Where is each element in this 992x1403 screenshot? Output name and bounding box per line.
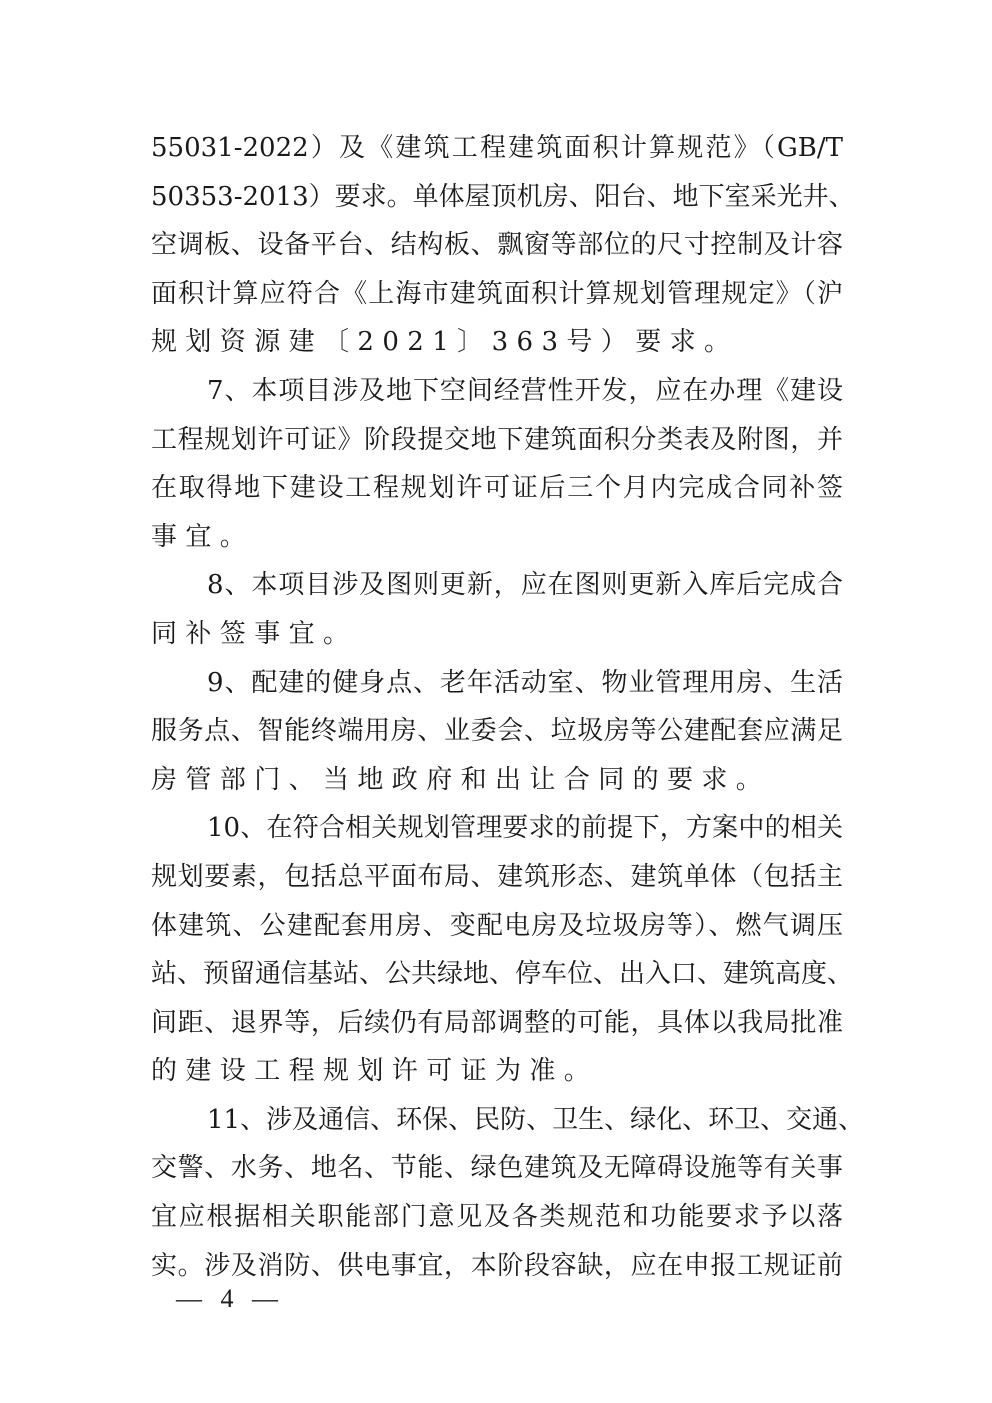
text-line: 在取得地下建设工程规划许可证后三个月内完成合同补签: [151, 464, 843, 513]
text-line: 空调板、设备平台、结构板、飘窗等部位的尺寸控制及计容: [151, 221, 843, 270]
document-page: 55031-2022）及《建筑工程建筑面积计算规范》（GB/T 50353-20…: [0, 0, 992, 1403]
text-line: 体建筑、公建配套用房、变配电房及垃圾房等）、燃气调压: [151, 902, 843, 951]
paragraph-item-6-continued: 55031-2022）及《建筑工程建筑面积计算规范》（GB/T 50353-20…: [151, 124, 843, 367]
text-line: 实。涉及消防、供电事宜，本阶段容缺，应在申报工规证前: [151, 1242, 843, 1291]
text-line: 7、本项目涉及地下空间经营性开发，应在办理《建设: [151, 367, 843, 416]
text-line: 的建设工程规划许可证为准。: [151, 1047, 843, 1096]
text-line: 房管部门、当地政府和出让合同的要求。: [151, 756, 843, 805]
paragraph-item-8: 8、本项目涉及图则更新，应在图则更新入库后完成合 同补签事宜。: [151, 561, 843, 658]
paragraph-item-9: 9、配建的健身点、老年活动室、物业管理用房、生活 服务点、智能终端用房、业委会、…: [151, 659, 843, 805]
text-line: 10、在符合相关规划管理要求的前提下，方案中的相关: [151, 804, 843, 853]
text-line: 间距、退界等，后续仍有局部调整的可能，具体以我局批准: [151, 999, 843, 1048]
text-line: 11、涉及通信、环保、民防、卫生、绿化、环卫、交通、: [151, 1096, 843, 1145]
text-line: 55031-2022）及《建筑工程建筑面积计算规范》（GB/T: [151, 124, 843, 173]
text-line: 服务点、智能终端用房、业委会、垃圾房等公建配套应满足: [151, 707, 843, 756]
text-line: 9、配建的健身点、老年活动室、物业管理用房、生活: [151, 659, 843, 708]
paragraph-item-10: 10、在符合相关规划管理要求的前提下，方案中的相关 规划要素，包括总平面布局、建…: [151, 804, 843, 1096]
text-line: 50353-2013）要求。单体屋顶机房、阳台、地下室采光井、: [151, 173, 843, 222]
text-line: 规划要素，包括总平面布局、建筑形态、建筑单体（包括主: [151, 853, 843, 902]
text-line: 工程规划许可证》阶段提交地下建筑面积分类表及附图，并: [151, 416, 843, 465]
paragraph-item-7: 7、本项目涉及地下空间经营性开发，应在办理《建设 工程规划许可证》阶段提交地下建…: [151, 367, 843, 561]
text-line: 交警、水务、地名、节能、绿色建筑及无障碍设施等有关事: [151, 1144, 843, 1193]
text-line: 站、预留通信基站、公共绿地、停车位、出入口、建筑高度、: [151, 950, 843, 999]
text-line: 面积计算应符合《上海市建筑面积计算规划管理规定》（沪: [151, 270, 843, 319]
text-line: 宜应根据相关职能部门意见及各类规范和功能要求予以落: [151, 1193, 843, 1242]
text-line: 8、本项目涉及图则更新，应在图则更新入库后完成合: [151, 561, 843, 610]
paragraph-item-11: 11、涉及通信、环保、民防、卫生、绿化、环卫、交通、 交警、水务、地名、节能、绿…: [151, 1096, 843, 1290]
page-number: — 4 —: [176, 1284, 284, 1314]
document-body: 55031-2022）及《建筑工程建筑面积计算规范》（GB/T 50353-20…: [151, 124, 843, 1290]
text-line: 规划资源建〔2021〕363号）要求。: [151, 318, 843, 367]
text-line: 同补签事宜。: [151, 610, 843, 659]
text-line: 事宜。: [151, 513, 843, 562]
